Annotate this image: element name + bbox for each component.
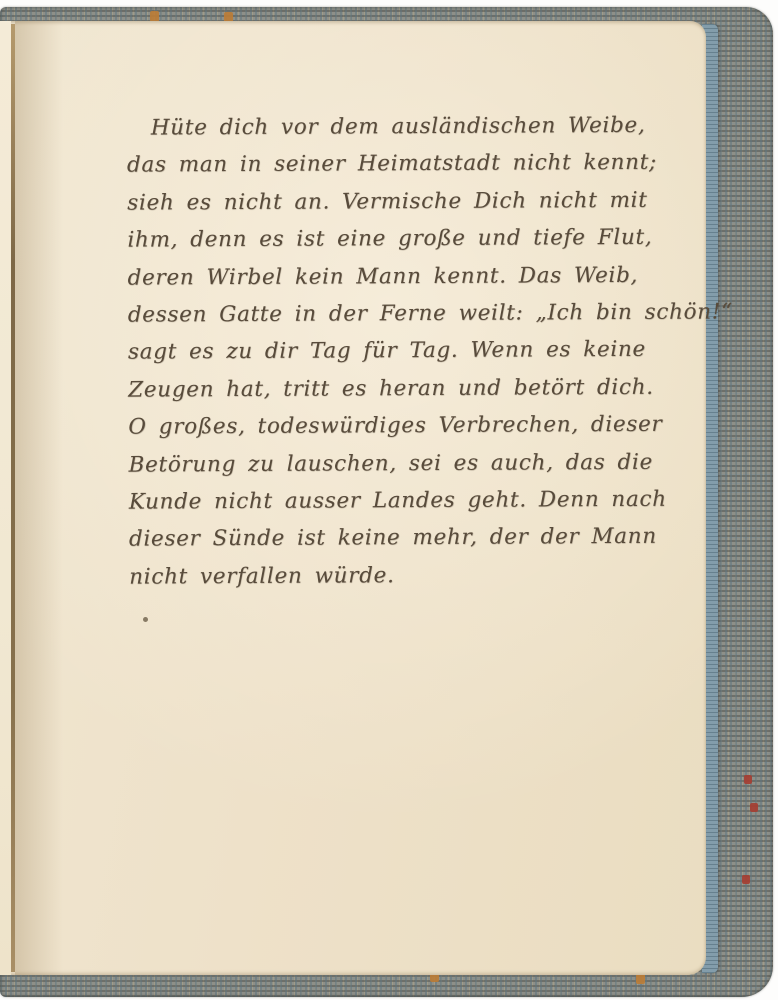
handwriting-line: das man in seiner Heimatstadt nicht kenn… xyxy=(127,144,727,185)
handwriting-line: Kunde nicht ausser Landes geht. Denn nac… xyxy=(129,480,729,521)
thread-fleck-red xyxy=(742,875,750,884)
handwriting-block: Hüte dich vor dem ausländischen Weibe, d… xyxy=(127,106,730,595)
handwriting-line: sieh es nicht an. Vermische Dich nicht m… xyxy=(127,181,727,222)
handwriting-line: sagt es zu dir Tag für Tag. Wenn es kein… xyxy=(128,331,728,372)
handwriting-line: O großes, todeswürdiges Verbrechen, dies… xyxy=(128,406,728,447)
handwriting-line: nicht verfallen würde. xyxy=(129,555,729,596)
thread-fleck-red xyxy=(750,803,758,812)
handwriting-line: deren Wirbel kein Mann kennt. Das Weib, xyxy=(128,256,728,297)
handwriting-line: Zeugen hat, tritt es heran und betört di… xyxy=(128,368,728,409)
handwriting-line: dessen Gatte in der Ferne weilt: „Ich bi… xyxy=(128,293,728,334)
notebook-photo: Hüte dich vor dem ausländischen Weibe, d… xyxy=(0,0,778,1000)
handwriting-line: Hüte dich vor dem ausländischen Weibe, xyxy=(127,106,727,147)
page-fold-shadow xyxy=(15,21,63,975)
handwriting-line: dieser Sünde ist keine mehr, der der Man… xyxy=(129,518,729,559)
handwriting-line: Betörung zu lauschen, sei es auch, das d… xyxy=(128,443,728,484)
handwriting-line: ihm, denn es ist eine große und tiefe Fl… xyxy=(127,219,727,260)
stray-ink-dot xyxy=(143,617,148,622)
underpage-edge xyxy=(0,21,11,975)
thread-fleck-red xyxy=(744,775,752,784)
